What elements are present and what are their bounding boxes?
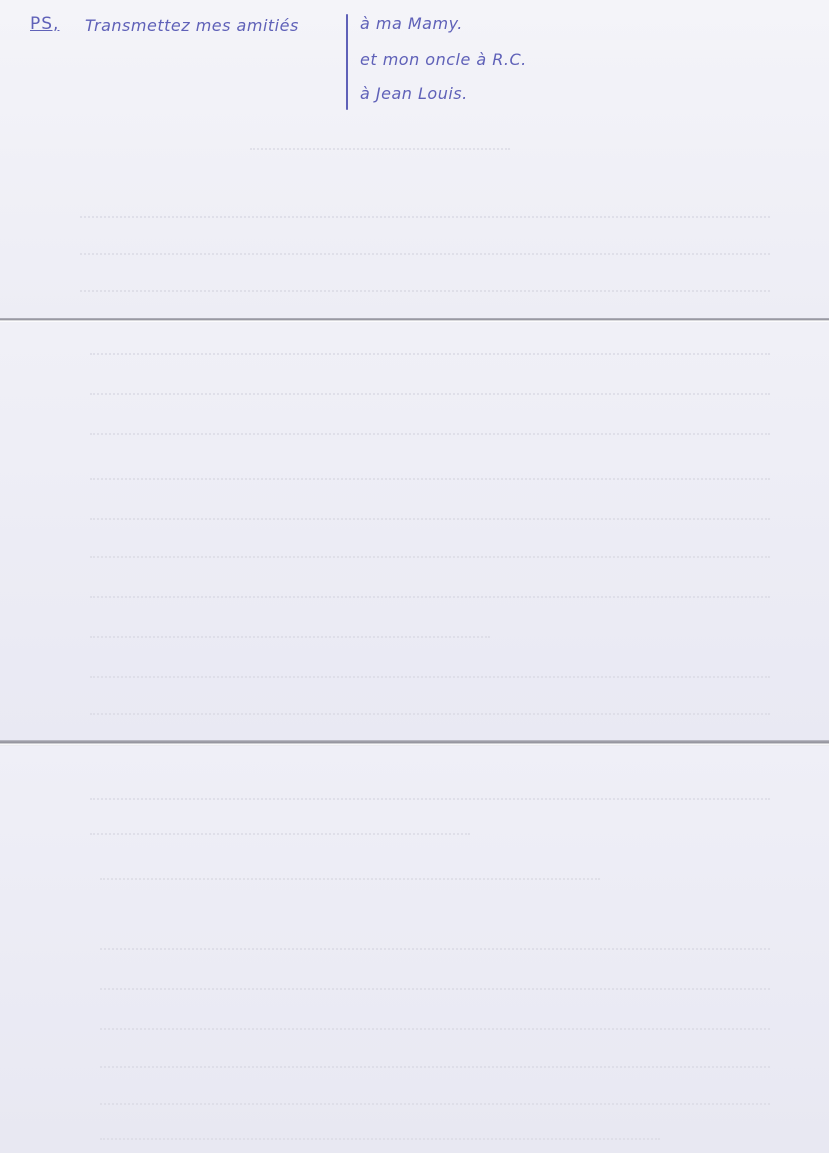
bleed-through-line (100, 1130, 660, 1140)
bleed-through-line (90, 345, 770, 355)
bleed-through-line (80, 282, 770, 292)
bleed-through-line (90, 790, 770, 800)
bleed-through-line (90, 425, 770, 435)
bleed-through-line (250, 140, 510, 150)
recipient-item: à Jean Louis. (360, 84, 468, 103)
bleed-through-line (90, 825, 470, 835)
letter-sheet: PS, Transmettez mes amitiés à ma Mamy. e… (0, 0, 829, 1153)
bleed-through-line (100, 940, 770, 950)
bleed-through-line (90, 668, 770, 678)
postscript-text: Transmettez mes amitiés (85, 16, 299, 35)
bleed-through-line (80, 208, 770, 218)
bleed-through-line (90, 510, 770, 520)
recipient-item: à ma Mamy. (360, 14, 463, 33)
letter-panel-top (0, 0, 829, 318)
bleed-through-line (100, 870, 600, 880)
bleed-through-line (90, 385, 770, 395)
bleed-through-line (90, 588, 770, 598)
bleed-through-line (100, 1020, 770, 1030)
bleed-through-line (100, 1058, 770, 1068)
recipient-item: et mon oncle à R.C. (360, 50, 527, 69)
postscript-label: PS, (30, 14, 59, 34)
bleed-through-line (100, 980, 770, 990)
bleed-through-line (90, 705, 770, 715)
bleed-through-line (90, 470, 770, 480)
bleed-through-line (90, 548, 770, 558)
bleed-through-line (80, 245, 770, 255)
recipient-bracket (346, 14, 348, 110)
bleed-through-line (90, 628, 490, 638)
bleed-through-line (100, 1095, 770, 1105)
